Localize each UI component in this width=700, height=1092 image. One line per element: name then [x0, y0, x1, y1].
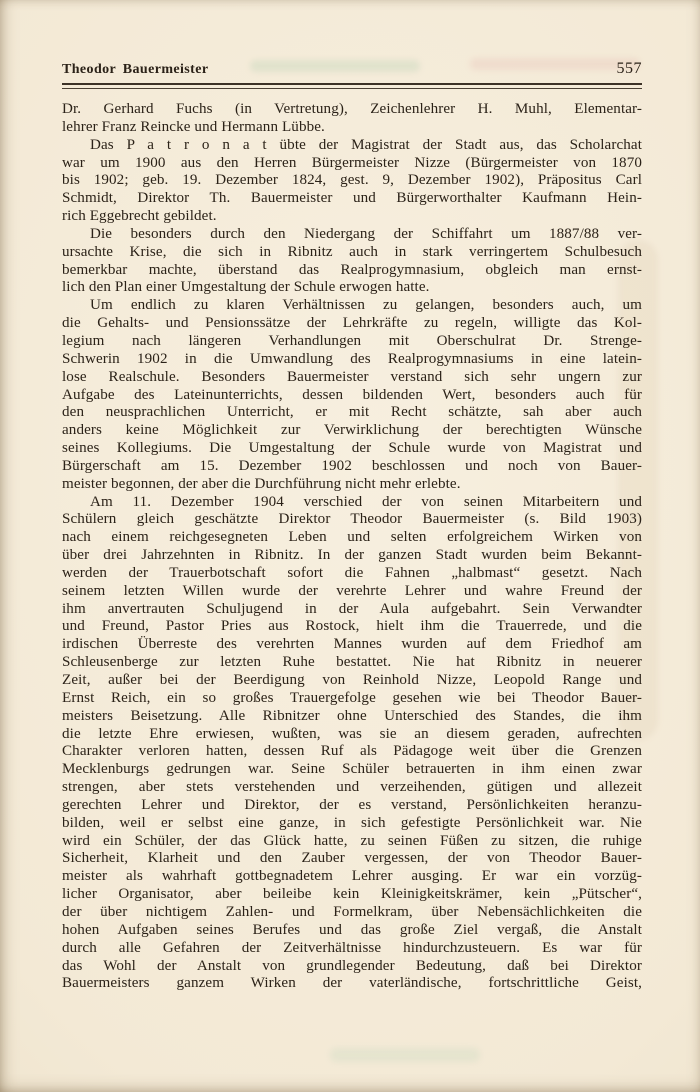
text-line: werden der Trauerbotschaft sofort die Fa… — [62, 565, 642, 583]
text-line: Bürgerschaft am 15. Dezember 1902 beschl… — [62, 458, 642, 476]
text-line: meisters Beisetzung. Alle Ribnitzer ohne… — [62, 708, 642, 726]
header-rule-thick — [62, 83, 642, 85]
text-line: Aufgabe des Lateinunterrichts, dessen bi… — [62, 387, 642, 405]
text-line: Zeit, außer bei der Beerdigung von Reinh… — [62, 672, 642, 690]
text-line: legium nach längeren Verhandlungen mit O… — [62, 333, 642, 351]
text-line: Mecklenburgs gedrungen war. Seine Schüle… — [62, 761, 642, 779]
bleedthrough-artifact — [330, 1048, 480, 1062]
text-line: die Gehalts- und Pensionssätze der Lehrk… — [62, 315, 642, 333]
text-line: Sicherheit, Klarheit und den Zauber verg… — [62, 850, 642, 868]
text-line: ihm anvertrauten Schuljugend in der Aula… — [62, 601, 642, 619]
text-line: Bauermeisters ganzem Wirken der vaterlän… — [62, 975, 642, 993]
text-line: meister begonnen, der aber die Durchführ… — [62, 476, 642, 494]
header-rule — [62, 83, 642, 89]
text-line: bis 1902; geb. 19. Dezember 1824, gest. … — [62, 172, 642, 190]
text-line: Schwerin 1902 in die Umwandlung des Real… — [62, 351, 642, 369]
text-line: Das P a t r o n a t übte der Magistrat d… — [62, 137, 642, 155]
text-line: über drei Jahrzehnten in Ribnitz. In der… — [62, 547, 642, 565]
text-line: bemerkbar machte, überstand das Realprog… — [62, 262, 642, 280]
text-line: ursachte Krise, die sich in Ribnitz auch… — [62, 244, 642, 262]
text-line: anders keine Möglichkeit zur Verwirklich… — [62, 422, 642, 440]
text-line: rich Eggebrecht gebildet. — [62, 208, 642, 226]
text-line: Schmidt, Direktor Th. Bauermeister und B… — [62, 190, 642, 208]
text-line: nach einem reichgesegneten Leben und sel… — [62, 529, 642, 547]
text-line: Dr. Gerhard Fuchs (in Vertretung), Zeich… — [62, 101, 642, 119]
body-text: Dr. Gerhard Fuchs (in Vertretung), Zeich… — [62, 101, 642, 993]
text-line: lich den Plan einer Umgestaltung der Sch… — [62, 279, 642, 297]
text-line: Die besonders durch den Niedergang der S… — [62, 226, 642, 244]
text-line: seines Kollegiums. Die Umgestaltung der … — [62, 440, 642, 458]
text-line: hohen Aufgaben seines Berufes und das gr… — [62, 922, 642, 940]
text-line: bilden, weil er selbst eine ganze, in si… — [62, 815, 642, 833]
text-line: Ernst Reich, ein so großes Trauergefolge… — [62, 690, 642, 708]
text-line: Schülern gleich geschätzte Direktor Theo… — [62, 511, 642, 529]
text-line: meister als wahrhaft gottbegnadetem Lehr… — [62, 868, 642, 886]
text-line: gerechten Lehrer und Direktor, der es ve… — [62, 797, 642, 815]
text-line: durch alle Gefahren der Zeitverhältnisse… — [62, 940, 642, 958]
text-line: licher Organisator, aber beileibe kein K… — [62, 886, 642, 904]
text-line: Um endlich zu klaren Verhältnissen zu ge… — [62, 297, 642, 315]
text-line: lose Realschule. Besonders Bauermeister … — [62, 369, 642, 387]
page-header: Theodor Bauermeister 557 — [62, 60, 642, 89]
text-line: der über nichtigem Zahlen- und Formelkra… — [62, 904, 642, 922]
running-head: Theodor Bauermeister 557 — [62, 60, 642, 82]
text-line: Charakter verloren hatten, dessen Ruf al… — [62, 743, 642, 761]
running-title: Theodor Bauermeister — [62, 62, 208, 78]
text-line: und Freund, Pastor Pries aus Rostock, hi… — [62, 618, 642, 636]
page-number: 557 — [617, 60, 643, 78]
text-line: wird ein Schüler, der das Glück hatte, z… — [62, 833, 642, 851]
text-line: irdischen Überreste des verehrten Mannes… — [62, 636, 642, 654]
text-line: seinem letzten Willen wurde der verehrte… — [62, 583, 642, 601]
text-line: Am 11. Dezember 1904 verschied der von s… — [62, 494, 642, 512]
text-line: die letzte Ehre erwiesen, wußten, was si… — [62, 726, 642, 744]
book-page-scan: Theodor Bauermeister 557 Dr. Gerhard Fuc… — [0, 0, 700, 1092]
text-line: strengen, aber stets verstehenden und ve… — [62, 779, 642, 797]
text-line: Schleusenberge zur letzten Ruhe bestatte… — [62, 654, 642, 672]
text-line: das Wohl der Anstalt von grundlegender B… — [62, 958, 642, 976]
text-line: lehrer Franz Reincke und Hermann Lübbe. — [62, 119, 642, 137]
text-line: den neusprachlichen Unterricht, er mit R… — [62, 404, 642, 422]
text-line: war um 1900 aus den Herren Bürgermeister… — [62, 155, 642, 173]
header-rule-thin — [62, 88, 642, 89]
